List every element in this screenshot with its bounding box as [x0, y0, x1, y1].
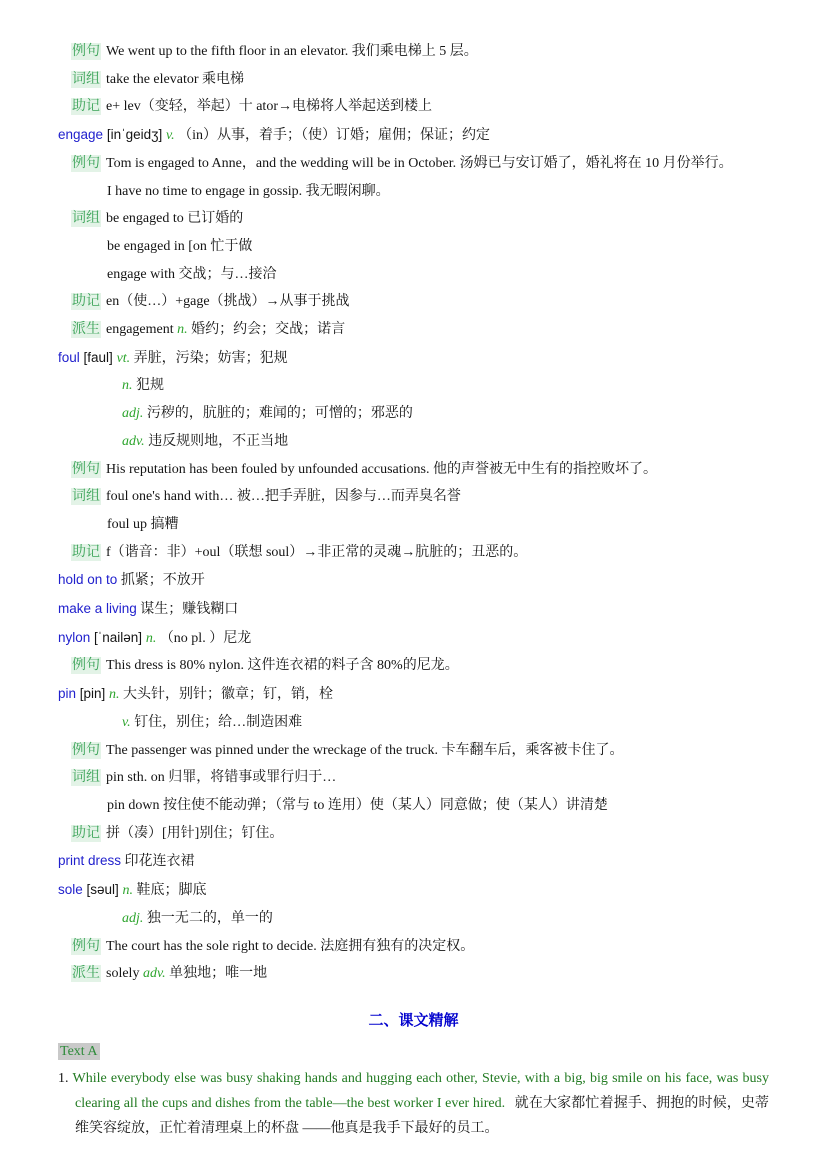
headword: make a living	[58, 601, 137, 616]
part-of-speech: adj.	[122, 406, 143, 421]
vocab-line: 例句We went up to the fifth floor in an el…	[58, 38, 769, 66]
text-run: We went up to the fifth floor in an elev…	[106, 44, 478, 59]
text-run: solely	[106, 966, 143, 981]
document-page: 例句We went up to the fifth floor in an el…	[0, 0, 827, 1169]
text-run: 鞋底；脚底	[133, 883, 207, 898]
vocab-line: make a living 谋生；赚钱糊口	[58, 595, 769, 624]
vocab-line: nylon [ˈnailən] n. （no pl. ）尼龙	[58, 624, 769, 653]
vocab-line: 派生engagement n. 婚约；约会；交战；诺言	[58, 316, 769, 344]
vocab-line: foul up 搞糟	[58, 511, 769, 539]
text-run: be engaged to 已订婚的	[106, 211, 243, 226]
text-run: pin sth. on 归罪，将错事或罪行归于…	[106, 770, 336, 785]
text-run: （in）从事，着手；（使）订婚；雇佣；保证；约定	[175, 128, 490, 143]
vocab-line: 例句Tom is engaged to Anne，and the wedding…	[58, 150, 769, 178]
vocab-line: n. 犯规	[58, 372, 769, 400]
text-run: This dress is 80% nylon. 这件连衣裙的料子含 80%的尼…	[106, 658, 459, 673]
text-run: 污秽的，肮脏的；难闻的；可憎的；邪恶的	[143, 406, 413, 421]
text-run: foul one's hand with… 被…把手弄脏，因参与…而弄臭名誉	[106, 489, 461, 504]
label-tag: 助记	[71, 293, 101, 310]
label-tag: 词组	[71, 488, 101, 505]
vocab-line: hold on to 抓紧；不放开	[58, 566, 769, 595]
part-of-speech: n.	[123, 883, 134, 898]
headword: sole	[58, 882, 83, 897]
vocab-line: pin down 按住使不能动弹；（常与 to 连用）使（某人）同意做；使（某人…	[58, 792, 769, 820]
text-a-line: Text A	[58, 1040, 769, 1064]
text-analysis-paragraph: 1. While everybody else was busy shaking…	[58, 1066, 769, 1141]
text-run: 独一无二的，单一的	[143, 911, 273, 926]
pronunciation: [faul]	[80, 350, 117, 365]
vocab-line: 词组take the elevator 乘电梯	[58, 66, 769, 94]
vocab-line: 词组be engaged to 已订婚的	[58, 205, 769, 233]
part-of-speech: v.	[122, 715, 131, 730]
vocab-line: 例句The passenger was pinned under the wre…	[58, 737, 769, 765]
label-tag: 例句	[71, 155, 101, 172]
vocab-line: 助记f（谐音：非）+oul（联想 soul）→非正常的灵魂→肮脏的；丑恶的。	[58, 539, 769, 567]
text-run: 抓紧；不放开	[117, 573, 205, 588]
vocab-line: 例句This dress is 80% nylon. 这件连衣裙的料子含 80%…	[58, 652, 769, 680]
item-number: 1.	[58, 1071, 69, 1086]
part-of-speech: adj.	[122, 911, 143, 926]
label-tag: 助记	[71, 544, 101, 561]
label-tag: 例句	[71, 938, 101, 955]
headword: hold on to	[58, 572, 117, 587]
part-of-speech: adv.	[122, 434, 145, 449]
text-run: f（谐音：非）+oul（联想 soul）→非正常的灵魂→肮脏的；丑恶的。	[106, 545, 527, 560]
headword: foul	[58, 350, 80, 365]
vocab-line: sole [səul] n. 鞋底；脚底	[58, 876, 769, 905]
text-run: 谋生；赚钱糊口	[137, 602, 239, 617]
text-run: 钉住，别住；给…制造困难	[131, 715, 303, 730]
part-of-speech: n.	[109, 687, 120, 702]
text-run: take the elevator 乘电梯	[106, 72, 244, 87]
vocabulary-list: 例句We went up to the fifth floor in an el…	[58, 38, 769, 988]
headword: engage	[58, 127, 103, 142]
part-of-speech: adv.	[143, 966, 166, 981]
label-tag: 例句	[71, 461, 101, 478]
label-tag: 词组	[71, 71, 101, 88]
vocab-line: engage with 交战；与…接洽	[58, 261, 769, 289]
pronunciation: [ˈnailən]	[90, 630, 146, 645]
text-run: be engaged in [on 忙于做	[107, 239, 252, 254]
text-run: 拼（凑）[用针]别住；钉住。	[106, 826, 283, 841]
vocab-line: 助记拼（凑）[用针]别住；钉住。	[58, 820, 769, 848]
vocab-line: I have no time to engage in gossip. 我无暇闲…	[58, 178, 769, 206]
text-run: 印花连衣裙	[121, 854, 195, 869]
text-run: The passenger was pinned under the wreck…	[106, 743, 623, 758]
vocab-line: 例句His reputation has been fouled by unfo…	[58, 456, 769, 484]
text-run: 婚约；约会；交战；诺言	[188, 322, 346, 337]
headword: nylon	[58, 630, 90, 645]
vocab-line: print dress 印花连衣裙	[58, 847, 769, 876]
pronunciation: [inˈgeidʒ]	[103, 127, 166, 142]
text-a-label: Text A	[58, 1043, 100, 1060]
text-run: （no pl. ）尼龙	[156, 631, 251, 646]
part-of-speech: n.	[146, 631, 157, 646]
headword: print dress	[58, 853, 121, 868]
label-tag: 例句	[71, 657, 101, 674]
vocab-line: v. 钉住，别住；给…制造困难	[58, 709, 769, 737]
label-tag: 词组	[71, 769, 101, 786]
text-run: 大头针，别针；徽章；钉，销，栓	[120, 687, 334, 702]
vocab-line: adv. 违反规则地，不正当地	[58, 428, 769, 456]
text-run: engage with 交战；与…接洽	[107, 267, 277, 282]
text-run: pin down 按住使不能动弹；（常与 to 连用）使（某人）同意做；使（某人…	[107, 798, 608, 813]
text-run: en（使…）+gage（挑战）→从事于挑战	[106, 294, 350, 309]
vocab-line: engage [inˈgeidʒ] v. （in）从事，着手；（使）订婚；雇佣；…	[58, 121, 769, 150]
text-run: 弄脏，污染；妨害；犯规	[130, 351, 288, 366]
text-run: I have no time to engage in gossip. 我无暇闲…	[107, 184, 390, 199]
text-run: Tom is engaged to Anne，and the wedding w…	[106, 156, 733, 171]
section-heading: 二、课文精解	[58, 1008, 769, 1034]
vocab-line: 词组pin sth. on 归罪，将错事或罪行归于…	[58, 764, 769, 792]
vocab-line: pin [pin] n. 大头针，别针；徽章；钉，销，栓	[58, 680, 769, 709]
vocab-line: 助记e+ lev（变轻，举起）十 ator→电梯将人举起送到楼上	[58, 93, 769, 121]
pronunciation: [səul]	[83, 882, 123, 897]
label-tag: 助记	[71, 98, 101, 115]
part-of-speech: v.	[166, 128, 175, 143]
text-run: 违反规则地，不正当地	[145, 434, 289, 449]
text-run: 单独地；唯一地	[166, 966, 268, 981]
headword: pin	[58, 686, 76, 701]
label-tag: 助记	[71, 825, 101, 842]
label-tag: 例句	[71, 43, 101, 60]
vocab-line: 例句The court has the sole right to decide…	[58, 933, 769, 961]
vocab-line: 助记en（使…）+gage（挑战）→从事于挑战	[58, 288, 769, 316]
vocab-line: foul [faul] vt. 弄脏，污染；妨害；犯规	[58, 344, 769, 373]
pronunciation: [pin]	[76, 686, 109, 701]
part-of-speech: n.	[122, 378, 133, 393]
text-run: His reputation has been fouled by unfoun…	[106, 462, 657, 477]
vocab-line: 词组foul one's hand with… 被…把手弄脏，因参与…而弄臭名誉	[58, 483, 769, 511]
part-of-speech: n.	[177, 322, 188, 337]
label-tag: 派生	[71, 965, 101, 982]
text-run: 犯规	[133, 378, 165, 393]
label-tag: 例句	[71, 742, 101, 759]
text-run: engagement	[106, 322, 177, 337]
text-run: foul up 搞糟	[107, 517, 179, 532]
vocab-line: adj. 独一无二的，单一的	[58, 905, 769, 933]
text-run: e+ lev（变轻，举起）十 ator→电梯将人举起送到楼上	[106, 99, 432, 114]
vocab-line: adj. 污秽的，肮脏的；难闻的；可憎的；邪恶的	[58, 400, 769, 428]
label-tag: 词组	[71, 210, 101, 227]
vocab-line: 派生solely adv. 单独地；唯一地	[58, 960, 769, 988]
text-run: The court has the sole right to decide. …	[106, 939, 474, 954]
vocab-line: be engaged in [on 忙于做	[58, 233, 769, 261]
part-of-speech: vt.	[117, 351, 131, 366]
label-tag: 派生	[71, 321, 101, 338]
